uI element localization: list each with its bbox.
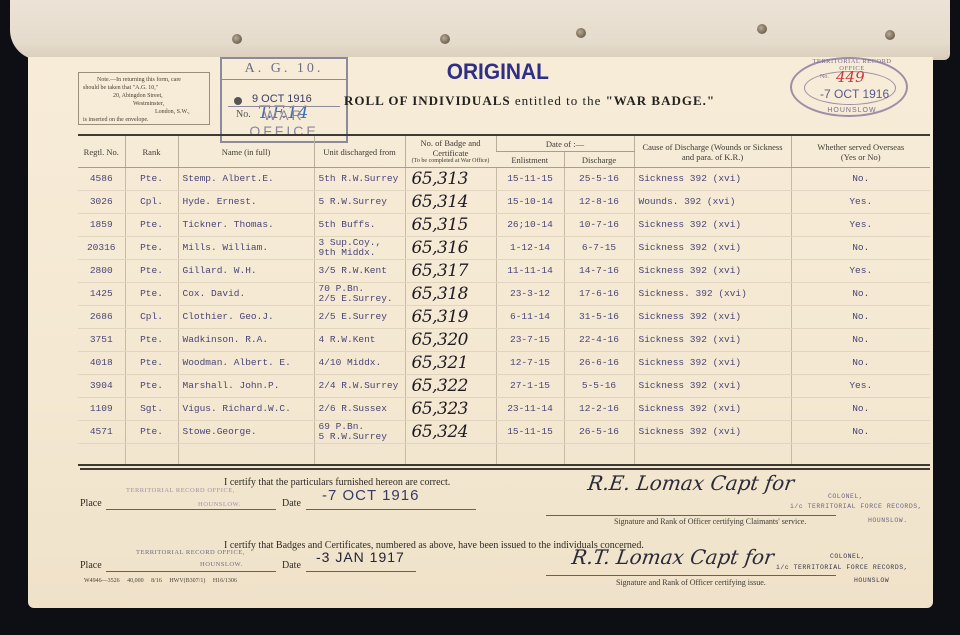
overseas-cell: No.	[791, 283, 930, 306]
name-cell: Gillard. W.H.	[178, 260, 314, 283]
enlistment-cell: 12-7-15	[496, 352, 564, 375]
overseas-cell: No.	[791, 306, 930, 329]
return-note-box: Note.—In returning this form, care shoul…	[78, 72, 210, 125]
regtl-no-cell: 4018	[78, 352, 125, 375]
unit-cell: 2/6 R.Sussex	[314, 398, 405, 421]
enlistment-cell: 23-7-15	[496, 329, 564, 352]
cause-cell: Sickness 392 (xvi)	[634, 398, 791, 421]
document-title: ROLL OF INDIVIDUALS entitled to the "WAR…	[344, 93, 715, 109]
place-line	[106, 509, 276, 510]
enlistment-cell: 23-11-14	[496, 398, 564, 421]
col-header-cause: Cause of Discharge (Wounds or Sickness a…	[634, 135, 791, 168]
regtl-no-cell: 2686	[78, 306, 125, 329]
rank-cell: Sgt.	[125, 398, 178, 421]
rank-cell: Pte.	[125, 375, 178, 398]
empty-cell	[634, 444, 791, 466]
table-row: 4018 Pte. Woodman. Albert. E. 4/10 Middx…	[78, 352, 930, 375]
empty-cell	[405, 444, 496, 466]
signature-line	[546, 515, 836, 516]
empty-cell	[564, 444, 634, 466]
cause-cell: Wounds. 392 (xvi)	[634, 191, 791, 214]
discharge-cell: 26-5-16	[564, 421, 634, 444]
enlistment-cell: 1-12-14	[496, 237, 564, 260]
note-text: Note.—In returning this form, care	[83, 76, 205, 84]
col-header-date-of: Date of :—	[496, 135, 634, 152]
cause-cell: Sickness 392 (xvi)	[634, 329, 791, 352]
discharge-cell: 10-7-16	[564, 214, 634, 237]
badge-number-cell: 65,316	[405, 237, 496, 260]
unit-line-1: 5th R.W.Surrey	[319, 173, 399, 184]
date-label: Date	[282, 560, 301, 571]
rank-cell: Pte.	[125, 260, 178, 283]
unit-line-2: 5 R.W.Surrey	[319, 431, 387, 442]
table-row: 4586 Pte. Stemp. Albert.E. 5th R.W.Surre…	[78, 168, 930, 191]
overseas-cell: No.	[791, 352, 930, 375]
name-cell: Clothier. Geo.J.	[178, 306, 314, 329]
date-line	[306, 509, 476, 510]
badge-number-cell: 65,322	[405, 375, 496, 398]
col-header-rank: Rank	[125, 135, 178, 168]
enlistment-cell: 26;10-14	[496, 214, 564, 237]
unit-cell: 4 R.W.Kent	[314, 329, 405, 352]
cause-cell: Sickness 392 (xvi)	[634, 421, 791, 444]
cause-cell: Sickness 392 (xvi)	[634, 352, 791, 375]
name-cell: Stemp. Albert.E.	[178, 168, 314, 191]
note-address: London, S.W.,	[83, 108, 205, 116]
name-cell: Cox. David.	[178, 283, 314, 306]
date-stamp: -7 OCT 1916	[322, 487, 419, 504]
rank-cell: Pte.	[125, 352, 178, 375]
place-label: Place	[80, 560, 102, 571]
punch-hole	[440, 34, 450, 44]
empty-cell	[125, 444, 178, 466]
rank-cell: Pte.	[125, 329, 178, 352]
discharge-cell: 26-6-16	[564, 352, 634, 375]
date-stamp: -3 JAN 1917	[316, 549, 405, 565]
unit-cell: 70 P.Bn.2/5 E.Surrey.	[314, 283, 405, 306]
discharge-cell: 25-5-16	[564, 168, 634, 191]
table-row: 1425 Pte. Cox. David. 70 P.Bn.2/5 E.Surr…	[78, 283, 930, 306]
place-label: Place	[80, 498, 102, 509]
empty-cell	[791, 444, 930, 466]
badge-number-cell: 65,321	[405, 352, 496, 375]
note-address: 20, Abingdon Street,	[83, 92, 205, 100]
name-cell: Hyde. Ernest.	[178, 191, 314, 214]
record-office-stamp: TERRITORIAL RECORD OFFICE No. 449 -7 OCT…	[790, 57, 908, 117]
stamp-handwritten-number: 449	[836, 68, 865, 86]
col-header-regtl-no: Regtl. No.	[78, 135, 125, 168]
rank-cell: Pte.	[125, 237, 178, 260]
place-stamp: HOUNSLOW.	[198, 501, 241, 508]
date-label: Date	[282, 498, 301, 509]
enlistment-cell: 15-11-15	[496, 168, 564, 191]
badge-number-cell: 65,324	[405, 421, 496, 444]
name-cell: Tickner. Thomas.	[178, 214, 314, 237]
table-row: 1859 Pte. Tickner. Thomas. 5th Buffs. 65…	[78, 214, 930, 237]
colonel-stamp: HOUNSLOW.	[868, 517, 908, 524]
officer-signature: R.E. Lomax Capt for	[586, 471, 795, 495]
unit-cell: 3/5 R.W.Kent	[314, 260, 405, 283]
unit-line-1: 2/6 R.Sussex	[319, 403, 387, 414]
unit-cell: 4/10 Middx.	[314, 352, 405, 375]
discharge-cell: 6-7-15	[564, 237, 634, 260]
unit-line-2: 9th Middx.	[319, 247, 376, 258]
unit-cell: 5th Buffs.	[314, 214, 405, 237]
table-row: 4571 Pte. Stowe.George. 69 P.Bn.5 R.W.Su…	[78, 421, 930, 444]
cause-cell: Sickness 392 (xvi)	[634, 168, 791, 191]
note-text: should be taken that "A.G. 10,"	[83, 84, 205, 92]
unit-line-1: 5th Buffs.	[319, 219, 376, 230]
overseas-cell: Yes.	[791, 375, 930, 398]
overseas-cell: Yes.	[791, 214, 930, 237]
roll-document-page: Note.—In returning this form, care shoul…	[28, 57, 933, 608]
enlistment-cell: 6-11-14	[496, 306, 564, 329]
title-middle: entitled to the	[515, 93, 601, 108]
badge-number-cell: 65,318	[405, 283, 496, 306]
unit-line-1: 4/10 Middx.	[319, 357, 382, 368]
table-row-empty	[78, 444, 930, 466]
enlistment-cell: 11-11-14	[496, 260, 564, 283]
regtl-no-cell: 1859	[78, 214, 125, 237]
name-cell: Vigus. Richard.W.C.	[178, 398, 314, 421]
enlistment-cell: 23-3-12	[496, 283, 564, 306]
discharge-cell: 14-7-16	[564, 260, 634, 283]
original-stamp: ORIGINAL	[447, 59, 549, 85]
section-divider	[80, 468, 930, 470]
regtl-no-cell: 4586	[78, 168, 125, 191]
punch-hole	[576, 28, 586, 38]
table-row: 3904 Pte. Marshall. John.P. 2/4 R.W.Surr…	[78, 375, 930, 398]
name-cell: Marshall. John.P.	[178, 375, 314, 398]
badge-header-text: No. of Badge and Certificate	[421, 138, 481, 158]
col-header-name: Name (in full)	[178, 135, 314, 168]
print-code: W4946—3526 40,000 8/16 HWV(B307/1) H16/1…	[84, 578, 237, 584]
col-header-overseas: Whether served Overseas (Yes or No)	[791, 135, 930, 168]
colonel-stamp: COLONEL,	[830, 553, 865, 560]
colonel-stamp: COLONEL,	[828, 493, 863, 500]
empty-cell	[178, 444, 314, 466]
punch-hole	[234, 97, 242, 105]
unit-line-1: 5 R.W.Surrey	[319, 196, 387, 207]
signature-line	[546, 575, 836, 576]
unit-cell: 2/5 E.Surrey	[314, 306, 405, 329]
cause-cell: Sickness 392 (xvi)	[634, 306, 791, 329]
unit-cell: 2/4 R.W.Surrey	[314, 375, 405, 398]
roll-table: Regtl. No. Rank Name (in full) Unit disc…	[78, 134, 930, 466]
unit-cell: 69 P.Bn.5 R.W.Surrey	[314, 421, 405, 444]
overseas-cell: No.	[791, 329, 930, 352]
colonel-stamp: i/c TERRITORIAL FORCE RECORDS,	[790, 503, 922, 510]
overseas-cell: No.	[791, 237, 930, 260]
regtl-no-cell: 1425	[78, 283, 125, 306]
note-address: Westminster,	[83, 100, 205, 108]
regtl-no-cell: 20316	[78, 237, 125, 260]
col-header-enlistment: Enlistment	[496, 152, 564, 168]
empty-cell	[496, 444, 564, 466]
stamp-date: -7 OCT 1916	[820, 87, 889, 101]
badge-number-cell: 65,315	[405, 214, 496, 237]
cause-cell: Sickness 392 (xvi)	[634, 214, 791, 237]
enlistment-cell: 27-1-15	[496, 375, 564, 398]
place-stamp: TERRITORIAL RECORD OFFICE,	[126, 487, 235, 494]
col-header-discharge: Discharge	[564, 152, 634, 168]
cause-cell: Sickness 392 (xvi)	[634, 237, 791, 260]
empty-cell	[78, 444, 125, 466]
empty-cell	[314, 444, 405, 466]
regtl-no-cell: 3904	[78, 375, 125, 398]
table-row: 20316 Pte. Mills. William. 3 Sup.Coy.,9t…	[78, 237, 930, 260]
overseas-cell: No.	[791, 421, 930, 444]
discharge-cell: 12-8-16	[564, 191, 634, 214]
name-cell: Mills. William.	[178, 237, 314, 260]
overseas-header-note: (Yes or No)	[841, 152, 881, 162]
overseas-cell: Yes.	[791, 191, 930, 214]
cause-cell: Sickness. 392 (xvi)	[634, 283, 791, 306]
rank-cell: Pte.	[125, 214, 178, 237]
col-header-badge: No. of Badge and Certificate (To be comp…	[405, 135, 496, 168]
punch-hole	[232, 34, 242, 44]
badge-number-cell: 65,317	[405, 260, 496, 283]
punch-hole	[885, 30, 895, 40]
rank-cell: Cpl.	[125, 191, 178, 214]
table-row: 3751 Pte. Wadkinson. R.A. 4 R.W.Kent 65,…	[78, 329, 930, 352]
regtl-no-cell: 3026	[78, 191, 125, 214]
badge-number-cell: 65,323	[405, 398, 496, 421]
overseas-cell: Yes.	[791, 260, 930, 283]
unit-cell: 3 Sup.Coy.,9th Middx.	[314, 237, 405, 260]
discharge-cell: 22-4-16	[564, 329, 634, 352]
table-row: 2686 Cpl. Clothier. Geo.J. 2/5 E.Surrey …	[78, 306, 930, 329]
enlistment-cell: 15-10-14	[496, 191, 564, 214]
punch-hole	[757, 24, 767, 34]
cause-cell: Sickness 392 (xvi)	[634, 260, 791, 283]
stamp-dept: A. G. 10.	[222, 61, 346, 80]
discharge-cell: 12-2-16	[564, 398, 634, 421]
table-row: 1109 Sgt. Vigus. Richard.W.C. 2/6 R.Suss…	[78, 398, 930, 421]
regtl-no-cell: 1109	[78, 398, 125, 421]
enlistment-cell: 15-11-15	[496, 421, 564, 444]
name-cell: Woodman. Albert. E.	[178, 352, 314, 375]
discharge-cell: 5-5-16	[564, 375, 634, 398]
date-line	[306, 571, 416, 572]
overseas-cell: No.	[791, 398, 930, 421]
title-prefix: ROLL OF INDIVIDUALS	[344, 93, 511, 108]
badge-number-cell: 65,314	[405, 191, 496, 214]
badge-header-note: (To be completed at War Office)	[408, 158, 494, 165]
overseas-cell: No.	[791, 168, 930, 191]
unit-line-1: 2/4 R.W.Surrey	[319, 380, 399, 391]
unit-cell: 5th R.W.Surrey	[314, 168, 405, 191]
table-row: 2800 Pte. Gillard. W.H. 3/5 R.W.Kent 65,…	[78, 260, 930, 283]
signature-caption: Signature and Rank of Officer certifying…	[616, 578, 766, 587]
discharge-cell: 31-5-16	[564, 306, 634, 329]
rank-cell: Pte.	[125, 421, 178, 444]
badge-number-cell: 65,319	[405, 306, 496, 329]
stamp-bottom-text: HOUNSLOW	[812, 107, 892, 114]
note-text: is inserted on the envelope.	[83, 116, 205, 124]
unit-line-1: 2/5 E.Surrey	[319, 311, 387, 322]
rank-cell: Pte.	[125, 168, 178, 191]
discharge-cell: 17-6-16	[564, 283, 634, 306]
war-office-stamp: A. G. 10. 9 OCT 1916 No. T.F.14 WAR OFFI…	[220, 57, 348, 143]
name-cell: Wadkinson. R.A.	[178, 329, 314, 352]
unit-line-1: 4 R.W.Kent	[319, 334, 376, 345]
stamp-no-label: No.	[820, 74, 829, 80]
overseas-header-text: Whether served Overseas	[817, 142, 904, 152]
unit-line-2: 2/5 E.Surrey.	[319, 293, 393, 304]
rank-cell: Cpl.	[125, 306, 178, 329]
ledger-top-page-fold	[10, 0, 950, 60]
unit-line-1: 3/5 R.W.Kent	[319, 265, 387, 276]
cause-cell: Sickness 392 (xvi)	[634, 375, 791, 398]
regtl-no-cell: 3751	[78, 329, 125, 352]
colonel-stamp: HOUNSLOW	[854, 577, 889, 584]
place-stamp: TERRITORIAL RECORD OFFICE,	[136, 549, 245, 556]
title-suffix: "WAR BADGE."	[606, 93, 716, 108]
place-stamp: HOUNSLOW.	[200, 561, 243, 568]
col-header-unit: Unit discharged from	[314, 135, 405, 168]
badge-number-cell: 65,320	[405, 329, 496, 352]
unit-cell: 5 R.W.Surrey	[314, 191, 405, 214]
regtl-no-cell: 2800	[78, 260, 125, 283]
officer-signature: R.T. Lomax Capt for	[570, 545, 775, 569]
regtl-no-cell: 4571	[78, 421, 125, 444]
signature-caption: Signature and Rank of Officer certifying…	[614, 517, 806, 526]
rank-cell: Pte.	[125, 283, 178, 306]
place-line	[106, 571, 276, 572]
badge-number-cell: 65,313	[405, 168, 496, 191]
colonel-stamp: i/c TERRITORIAL FORCE RECORDS,	[776, 564, 908, 571]
table-row: 3026 Cpl. Hyde. Ernest. 5 R.W.Surrey 65,…	[78, 191, 930, 214]
name-cell: Stowe.George.	[178, 421, 314, 444]
